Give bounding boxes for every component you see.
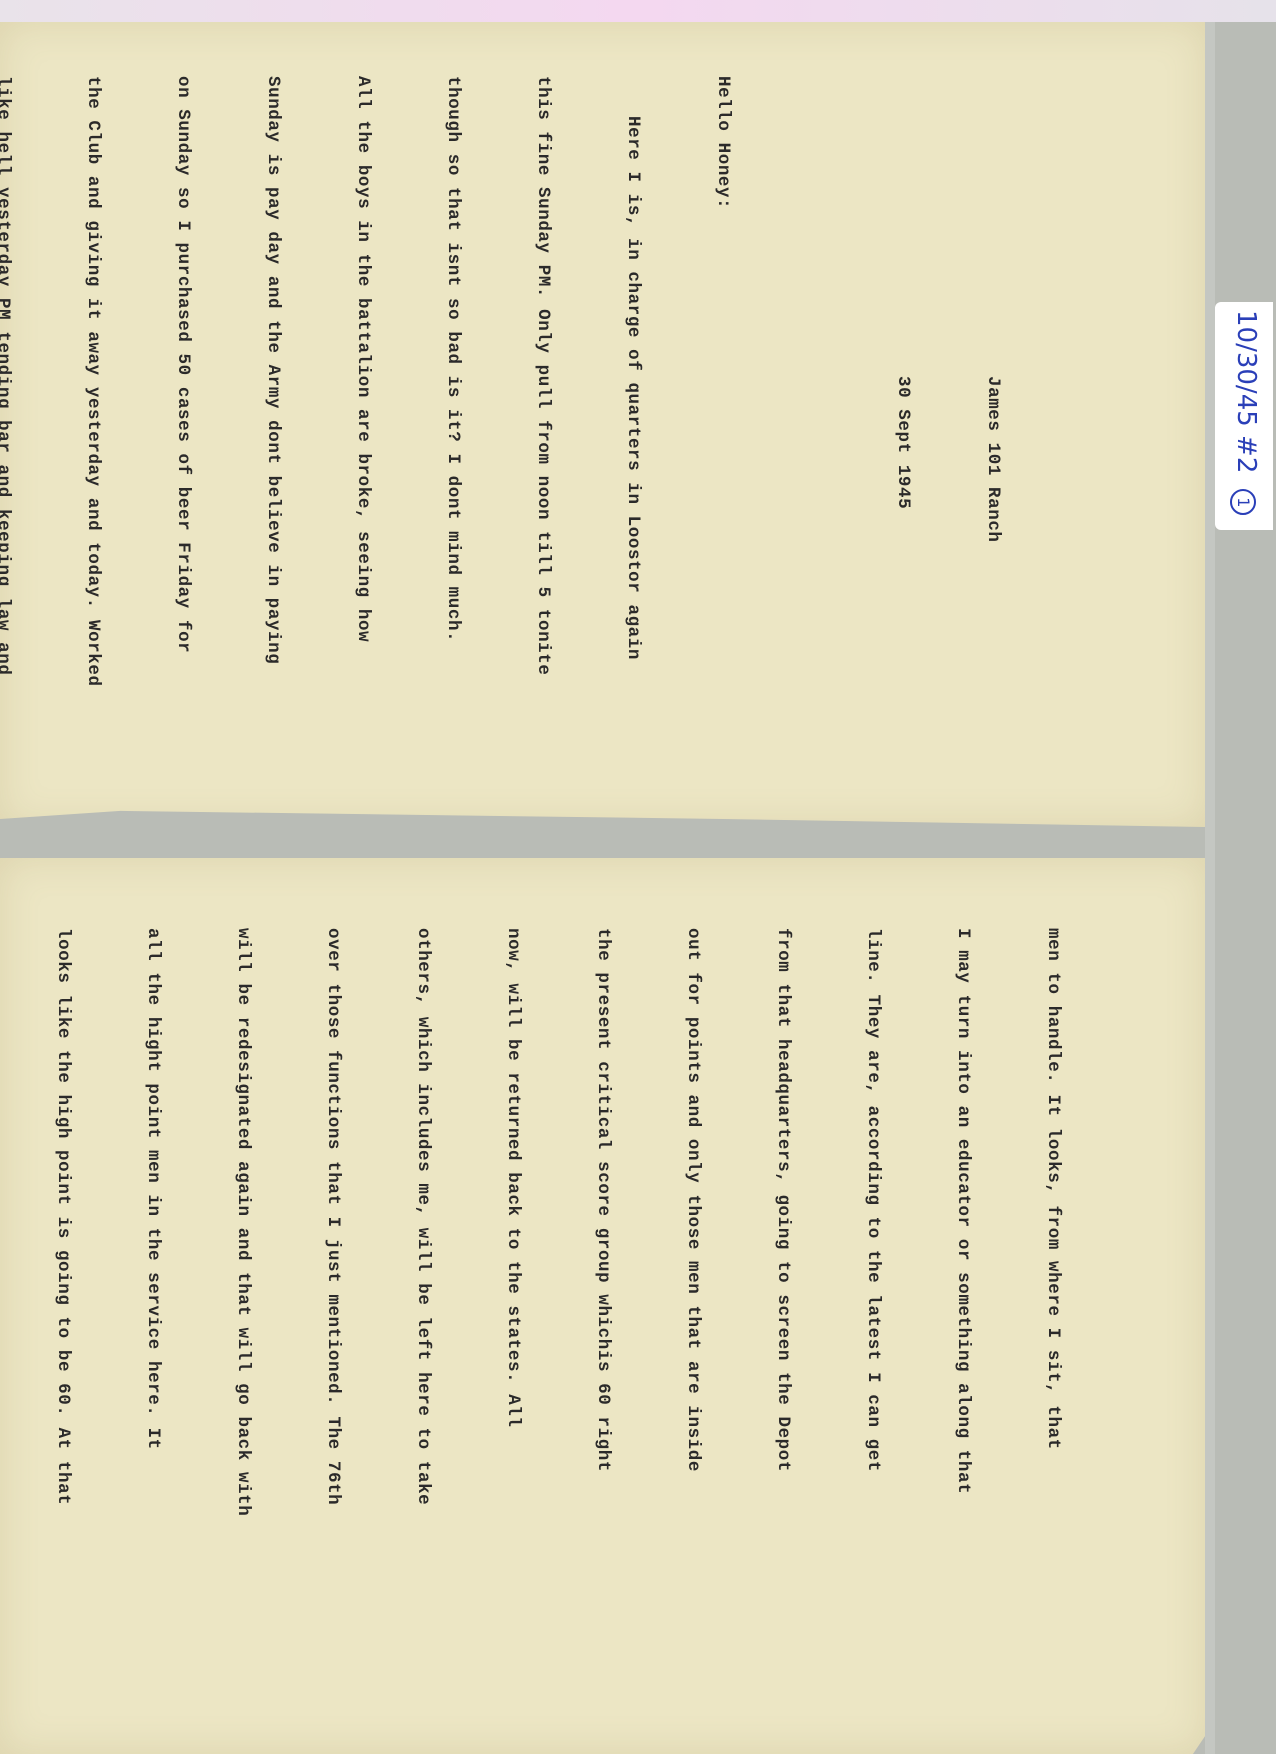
text-line: looks like the high point is going to be… [48,928,78,1728]
handwritten-label: 10/30/45 #21 [1215,302,1273,530]
text-line: All the boys in the battalion are broke,… [348,76,378,756]
text-line: I may turn into an educator or something… [948,928,978,1728]
text-line: others, which includes me, will be left … [408,928,438,1728]
text-line: out for points and only those men that a… [678,928,708,1728]
text-line: the present critical score group whichis… [588,928,618,1728]
label-date-number: 10/30/45 #2 [1231,310,1261,473]
text-line: over those functions that I just mention… [318,928,348,1728]
sender-line: James 101 Ranch [978,76,1008,756]
text-line: all the hight point men in the service h… [138,928,168,1728]
text-line: men to handle. It looks, from where I si… [1038,928,1068,1728]
text-line: from that headquarters, going to screen … [768,928,798,1728]
text-line: Here I is, in charge of quarters in Loos… [618,76,648,756]
text-line: the Club and giving it away yesterday an… [78,76,108,756]
text-line: will be redesignated again and that will… [228,928,258,1728]
sleeve-edge [1205,22,1215,1754]
spacer [798,76,828,756]
label-text: 10/30/45 #21 [1230,310,1261,515]
text-line: Sunday is pay day and the Army dont beli… [258,76,288,756]
page-1-text: James 101 Ranch 30 Sept 1945 Hello Honey… [0,76,1068,756]
text-line: on Sunday so I purchased 50 cases of bee… [168,76,198,756]
date-line: 30 Sept 1945 [888,76,918,756]
circled-number: 1 [1230,489,1256,515]
text-line: line. They are, according to the latest … [858,928,888,1728]
page-2-text: men to handle. It looks, from where I si… [0,928,1128,1728]
scanner-top-strip [0,0,1276,22]
salutation: Hello Honey: [708,76,738,756]
text-line: though so that isnt so bad is it? I dont… [438,76,468,756]
text-line: this fine Sunday PM. Only pull from noon… [528,76,558,756]
text-line: like hell yesterday PM tending bar and k… [0,76,18,756]
text-line: now, will be returned back to the states… [498,928,528,1728]
